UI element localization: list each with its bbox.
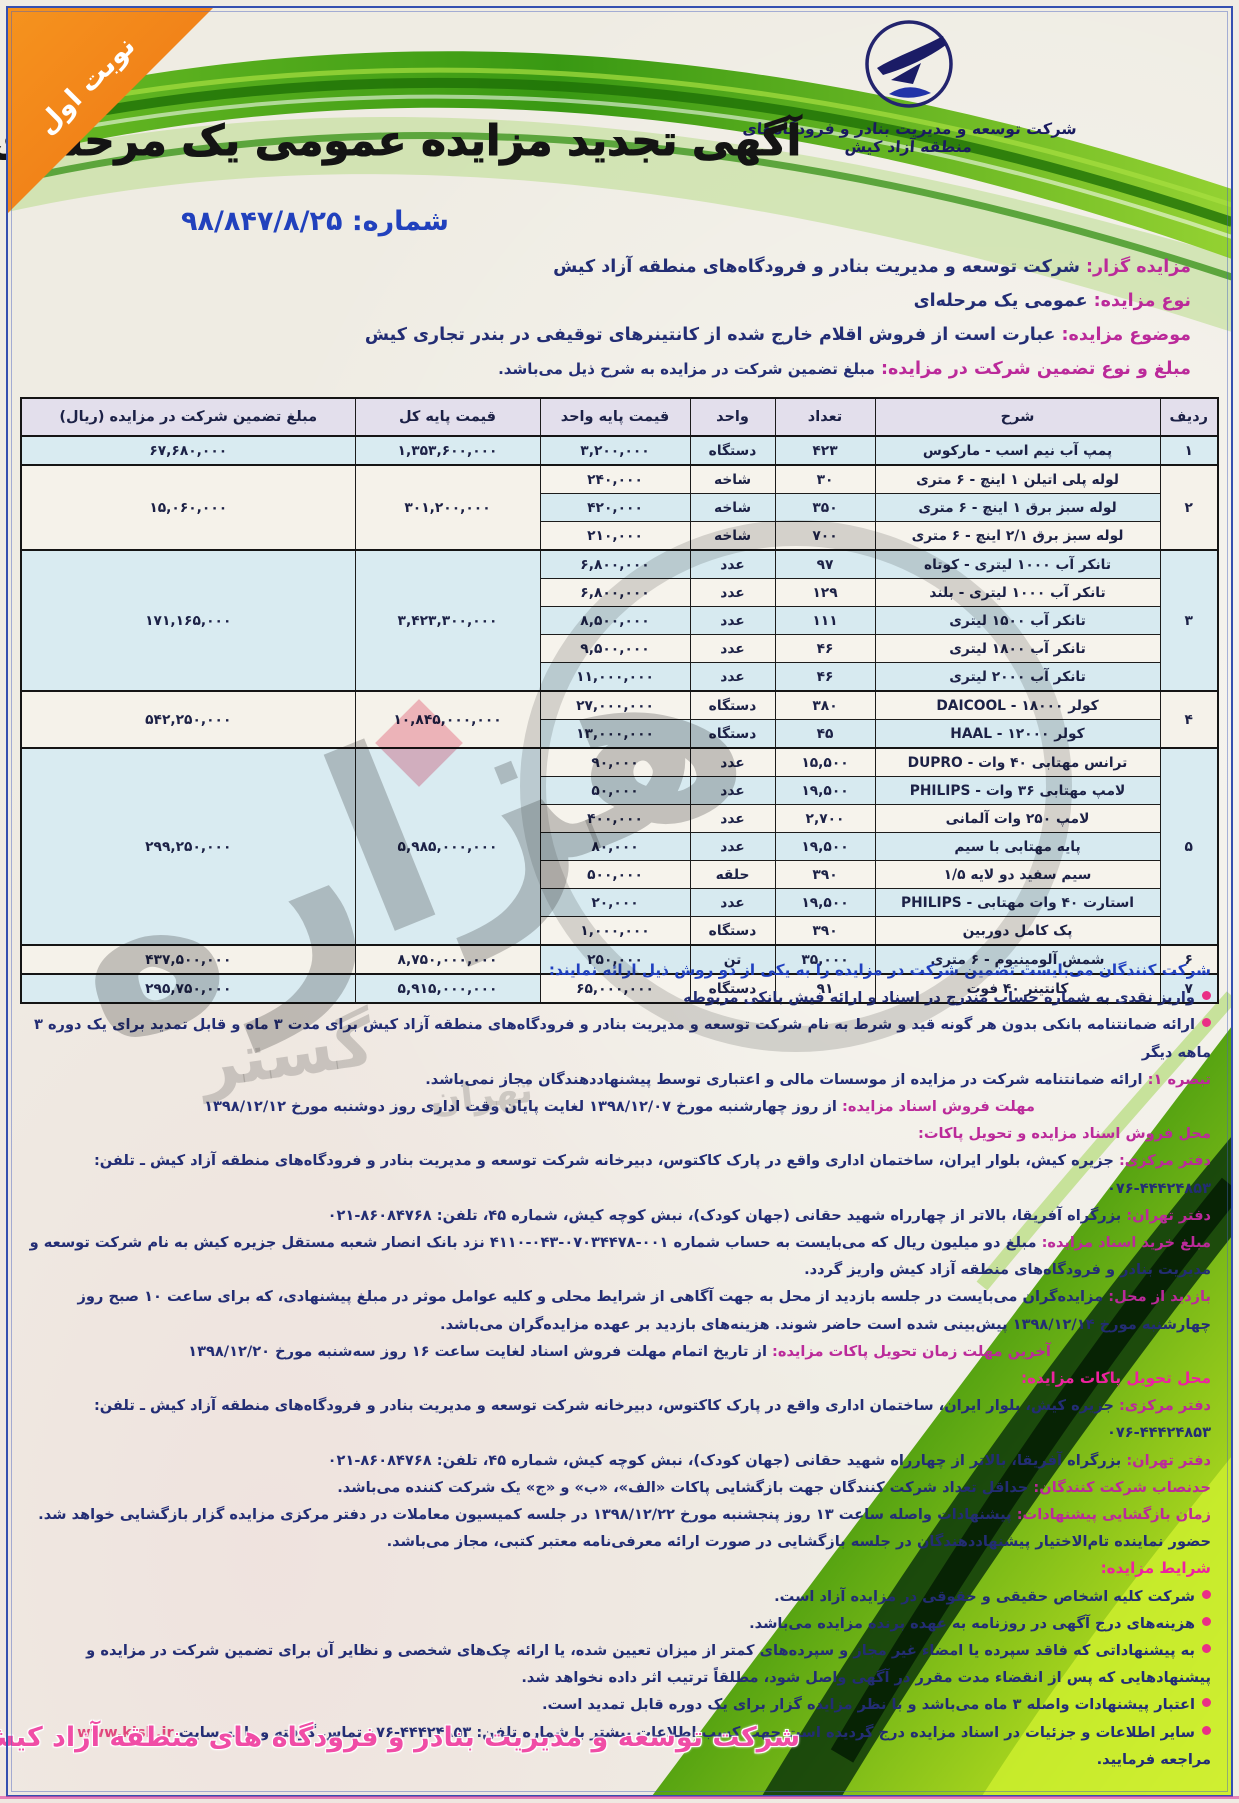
page-title: آگهی تجدید مزایده عمومی یک مرحله‌ای xyxy=(0,116,801,165)
bullet-dot xyxy=(1202,1698,1211,1707)
cell-quantity: ۳۰ xyxy=(775,465,875,494)
section-text: مبلغ دو میلیون ریال که می‌بایست به حساب … xyxy=(30,1234,1211,1278)
table-row: ۲لوله پلی اتیلن ۱ اینچ - ۶ متری۳۰شاخه۲۴۰… xyxy=(21,465,1218,494)
bottom-registration-line xyxy=(0,1796,1239,1799)
notice-number-label: شماره: xyxy=(352,206,449,237)
cell-quantity: ۴۵ xyxy=(775,720,875,749)
intro-label: موضوع مزایده: xyxy=(1062,325,1191,345)
section-text: از تاریخ اتمام مهلت فروش اسناد لغایت ساع… xyxy=(188,1343,767,1360)
intro-block: مزایده گزار: شرکت توسعه و مدیریت بنادر و… xyxy=(60,250,1191,386)
auction-notice-page: نوبت اول شرکت توسعه و مدیریت بنادر و فرو… xyxy=(0,0,1239,1803)
intro-text: عبارت است از فروش اقلام خارج شده از کانت… xyxy=(365,325,1056,345)
section-text: بزرگراه آفریقا، بالاتر از چهارراه شهید ح… xyxy=(328,1452,1122,1469)
bullet-line: شرکت کلیه اشخاص حقیقی و حقوقی در مزایده … xyxy=(28,1583,1211,1610)
section-text: واریز نقدی به شماره حساب مندرج در اسناد … xyxy=(683,989,1195,1006)
notice-number: شماره: ۹۸/۸۴۷/۸/۲۵ xyxy=(181,206,449,237)
column-header: قیمت پایه واحد xyxy=(540,398,690,436)
cell-row-number: ۲ xyxy=(1160,465,1218,550)
cell-quantity: ۱۲۹ xyxy=(775,579,875,607)
column-header: واحد xyxy=(690,398,775,436)
cell-row-number: ۳ xyxy=(1160,550,1218,691)
cell-unit-base-price: ۶,۸۰۰,۰۰۰ xyxy=(540,579,690,607)
cell-unit: عدد xyxy=(690,550,775,579)
cell-unit: عدد xyxy=(690,579,775,607)
section-label: دفتر مرکزی: xyxy=(1114,1397,1211,1414)
cell-unit-base-price: ۱,۰۰۰,۰۰۰ xyxy=(540,917,690,946)
section-label: زمان بازگشایی پیشنهادات: xyxy=(1012,1506,1211,1523)
cell-description: پک کامل دوربین xyxy=(875,917,1160,946)
intro-line-auction-type: نوع مزایده: عمومی یک مرحله‌ای xyxy=(60,284,1191,318)
cell-unit-base-price: ۶,۸۰۰,۰۰۰ xyxy=(540,550,690,579)
cell-unit: عدد xyxy=(690,663,775,692)
cell-deposit-amount: ۲۹۹,۲۵۰,۰۰۰ xyxy=(21,748,355,945)
cell-description: پایه مهتابی با سیم xyxy=(875,833,1160,861)
section-line: آخرین مهلت زمان تحویل پاکات مزایده: از ت… xyxy=(28,1338,1211,1365)
bullet-dot xyxy=(1202,1590,1211,1599)
terms-sections: شرکت کنندگان می‌بایست تضمین شرکت در مزای… xyxy=(28,957,1211,1773)
section-label: دفتر مرکزی: xyxy=(1114,1152,1211,1169)
cell-quantity: ۹۷ xyxy=(775,550,875,579)
section-line: دفتر مرکزی: جزیره کیش، بلوار ایران، ساخت… xyxy=(28,1147,1211,1201)
cell-unit: عدد xyxy=(690,748,775,777)
table-header: ردیفشرحتعدادواحدقیمت پایه واحدقیمت پایه … xyxy=(21,398,1218,436)
cell-unit-base-price: ۲۰,۰۰۰ xyxy=(540,889,690,917)
cell-unit-base-price: ۸۰,۰۰۰ xyxy=(540,833,690,861)
bullet-dot xyxy=(1202,1018,1211,1027)
column-header: ردیف xyxy=(1160,398,1218,436)
bullet-line: به پیشنهاداتی که فاقد سپرده یا امضاء غیر… xyxy=(28,1637,1211,1691)
intro-text: مبلغ تضمین شرکت در مزایده به شرح ذیل می‌… xyxy=(498,360,875,378)
cell-description: لامپ مهتابی ۳۶ وات - PHILIPS xyxy=(875,777,1160,805)
table-body: ۱پمپ آب نیم اسب - مارکوس۴۲۳دستگاه۳,۲۰۰,۰… xyxy=(21,436,1218,1003)
cell-unit: شاخه xyxy=(690,522,775,551)
section-label: آخرین مهلت زمان تحویل پاکات مزایده: xyxy=(767,1343,1051,1360)
cell-description: پمپ آب نیم اسب - مارکوس xyxy=(875,436,1160,465)
table-header-row: ردیفشرحتعدادواحدقیمت پایه واحدقیمت پایه … xyxy=(21,398,1218,436)
bullet-line: اعتبار پیشنهادات واصله ۳ ماه می‌باشد و ب… xyxy=(28,1691,1211,1718)
cell-unit-base-price: ۳,۲۰۰,۰۰۰ xyxy=(540,436,690,465)
section-text: شرکت کنندگان می‌بایست تضمین شرکت در مزای… xyxy=(549,961,1211,979)
bullet-line: واریز نقدی به شماره حساب مندرج در اسناد … xyxy=(28,984,1211,1011)
cell-quantity: ۳۹۰ xyxy=(775,917,875,946)
section-label: محل فروش اسناد مزایده و تحویل پاکات: xyxy=(918,1125,1211,1142)
cell-deposit-amount: ۱۵,۰۶۰,۰۰۰ xyxy=(21,465,355,550)
cell-description: تانکر آب ۱۸۰۰ لیتری xyxy=(875,635,1160,663)
section-line: شرایط مزایده: xyxy=(28,1555,1211,1582)
section-text: حداقل تعداد شرکت کنندگان جهت بازگشایی پا… xyxy=(337,1479,1028,1496)
section-label: دفتر تهران: xyxy=(1121,1452,1211,1469)
cell-row-number: ۱ xyxy=(1160,436,1218,465)
section-line: زمان بازگشایی پیشنهادات: پیشنهادات واصله… xyxy=(28,1501,1211,1555)
cell-unit: شاخه xyxy=(690,494,775,522)
intro-line-guarantee: مبلغ و نوع تضمین شرکت در مزایده: مبلغ تض… xyxy=(60,352,1191,386)
items-table-wrapper: ردیفشرحتعدادواحدقیمت پایه واحدقیمت پایه … xyxy=(20,397,1219,1004)
bullet-line: هزینه‌های درج آگهی در روزنامه به عهده بر… xyxy=(28,1610,1211,1637)
section-text: به پیشنهاداتی که فاقد سپرده یا امضاء غیر… xyxy=(86,1642,1211,1686)
cell-quantity: ۱۹,۵۰۰ xyxy=(775,889,875,917)
cell-unit: شاخه xyxy=(690,465,775,494)
section-text: شرکت کلیه اشخاص حقیقی و حقوقی در مزایده … xyxy=(774,1588,1195,1605)
bullet-dot xyxy=(1202,1644,1211,1653)
cell-unit: عدد xyxy=(690,635,775,663)
cell-unit: حلقه xyxy=(690,861,775,889)
cell-description: تانکر آب ۱۰۰۰ لیتری - کوتاه xyxy=(875,550,1160,579)
cell-quantity: ۴۶ xyxy=(775,635,875,663)
table-row: ۵ترانس مهتابی ۴۰ وات - DUPRO۱۵,۵۰۰عدد۹۰,… xyxy=(21,748,1218,777)
cell-total-base-price: ۳۰۱,۲۰۰,۰۰۰ xyxy=(355,465,540,550)
column-header: شرح xyxy=(875,398,1160,436)
section-label: مهلت فروش اسناد مزایده: xyxy=(837,1098,1035,1115)
cell-unit: دستگاه xyxy=(690,436,775,465)
section-text: جزیره کیش، بلوار ایران، ساختمان اداری وا… xyxy=(94,1152,1211,1196)
cell-unit-base-price: ۲۴۰,۰۰۰ xyxy=(540,465,690,494)
notice-number-value: ۹۸/۸۴۷/۸/۲۵ xyxy=(181,206,342,237)
section-text: هزینه‌های درج آگهی در روزنامه به عهده بر… xyxy=(749,1615,1195,1632)
section-text: مراجعه فرمایید. xyxy=(1097,1751,1211,1768)
section-text: اعتبار پیشنهادات واصله ۳ ماه می‌باشد و ب… xyxy=(542,1696,1195,1713)
section-line: مهلت فروش اسناد مزایده: از روز چهارشنبه … xyxy=(28,1093,1211,1120)
cell-total-base-price: ۱۰,۸۴۵,۰۰۰,۰۰۰ xyxy=(355,691,540,748)
cell-quantity: ۳۹۰ xyxy=(775,861,875,889)
cell-row-number: ۴ xyxy=(1160,691,1218,748)
cell-description: لوله پلی اتیلن ۱ اینچ - ۶ متری xyxy=(875,465,1160,494)
cell-unit: عدد xyxy=(690,607,775,635)
cell-unit-base-price: ۱۱,۰۰۰,۰۰۰ xyxy=(540,663,690,692)
intro-label: مبلغ و نوع تضمین شرکت در مزایده: xyxy=(881,359,1191,379)
section-text: شرایط مزایده: xyxy=(1101,1559,1211,1577)
section-line: دفتر تهران: بزرگراه آفریقا، بالاتر از چه… xyxy=(28,1202,1211,1229)
kish-ports-logo-icon xyxy=(861,18,957,114)
intro-label: مزایده گزار: xyxy=(1086,257,1191,277)
cell-unit: عدد xyxy=(690,889,775,917)
cell-deposit-amount: ۶۷,۶۸۰,۰۰۰ xyxy=(21,436,355,465)
section-label: مبلغ خرید اسناد مزایده: xyxy=(1036,1234,1211,1251)
cell-unit-base-price: ۲۱۰,۰۰۰ xyxy=(540,522,690,551)
section-label: بازدید از محل: xyxy=(1103,1288,1211,1305)
cell-deposit-amount: ۵۴۲,۲۵۰,۰۰۰ xyxy=(21,691,355,748)
cell-unit-base-price: ۴۲۰,۰۰۰ xyxy=(540,494,690,522)
cell-unit-base-price: ۹,۵۰۰,۰۰۰ xyxy=(540,635,690,663)
table-row: ۳تانکر آب ۱۰۰۰ لیتری - کوتاه۹۷عدد۶,۸۰۰,۰… xyxy=(21,550,1218,579)
cell-description: کولر ۱۸۰۰۰ - DAICOOL xyxy=(875,691,1160,720)
table-row: ۴کولر ۱۸۰۰۰ - DAICOOL۳۸۰دستگاه۲۷,۰۰۰,۰۰۰… xyxy=(21,691,1218,720)
section-line: حدنصاب شرکت کنندگان: حداقل تعداد شرکت کن… xyxy=(28,1474,1211,1501)
cell-description: تانکر آب ۱۵۰۰ لیتری xyxy=(875,607,1160,635)
cell-description: سیم سفید دو لایه ۱/۵ xyxy=(875,861,1160,889)
table-row: ۱پمپ آب نیم اسب - مارکوس۴۲۳دستگاه۳,۲۰۰,۰… xyxy=(21,436,1218,465)
section-text: ارائه ضمانتنامه شرکت در مزایده از موسسات… xyxy=(425,1071,1142,1088)
section-text: مزایده‌گران می‌بایست در جلسه بازدید از م… xyxy=(78,1288,1212,1332)
cell-quantity: ۴۶ xyxy=(775,663,875,692)
column-header: مبلغ تضمین شرکت در مزایده (ریال) xyxy=(21,398,355,436)
section-label: دفتر تهران: xyxy=(1121,1207,1211,1224)
cell-unit-base-price: ۹۰,۰۰۰ xyxy=(540,748,690,777)
cell-unit-base-price: ۵۰۰,۰۰۰ xyxy=(540,861,690,889)
cell-description: استارت ۴۰ وات مهتابی - PHILIPS xyxy=(875,889,1160,917)
cell-unit-base-price: ۸,۵۰۰,۰۰۰ xyxy=(540,607,690,635)
section-text: جزیره کیش، بلوار ایران، ساختمان اداری وا… xyxy=(94,1397,1211,1441)
cell-total-base-price: ۳,۴۲۳,۳۰۰,۰۰۰ xyxy=(355,550,540,691)
column-header: تعداد xyxy=(775,398,875,436)
intro-line-auctioneer: مزایده گزار: شرکت توسعه و مدیریت بنادر و… xyxy=(60,250,1191,284)
cell-description: لوله سبز برق ۱ اینچ - ۶ متری xyxy=(875,494,1160,522)
intro-line-subject: موضوع مزایده: عبارت است از فروش اقلام خا… xyxy=(60,318,1191,352)
section-text: از روز چهارشنبه مورخ ۱۳۹۸/۱۲/۰۷ لغایت پا… xyxy=(204,1098,837,1115)
cell-quantity: ۱۵,۵۰۰ xyxy=(775,748,875,777)
cell-total-base-price: ۵,۹۸۵,۰۰۰,۰۰۰ xyxy=(355,748,540,945)
bullet-line: ارائه ضمانتنامه بانکی بدون هر گونه قید و… xyxy=(28,1011,1211,1065)
cell-unit: عدد xyxy=(690,777,775,805)
bullet-dot xyxy=(1202,991,1211,1000)
section-text: بزرگراه آفریقا، بالاتر از چهارراه شهید ح… xyxy=(328,1207,1122,1224)
section-line: دفتر تهران: بزرگراه آفریقا، بالاتر از چه… xyxy=(28,1447,1211,1474)
cell-deposit-amount: ۱۷۱,۱۶۵,۰۰۰ xyxy=(21,550,355,691)
cell-description: تانکر آب ۱۰۰۰ لیتری - بلند xyxy=(875,579,1160,607)
cell-unit: دستگاه xyxy=(690,720,775,749)
bullet-dot xyxy=(1202,1726,1211,1735)
intro-text: عمومی یک مرحله‌ای xyxy=(914,291,1088,311)
cell-unit-base-price: ۵۰,۰۰۰ xyxy=(540,777,690,805)
section-line: مبلغ خرید اسناد مزایده: مبلغ دو میلیون ر… xyxy=(28,1229,1211,1283)
section-text: ارائه ضمانتنامه بانکی بدون هر گونه قید و… xyxy=(34,1016,1211,1060)
cell-unit-base-price: ۲۷,۰۰۰,۰۰۰ xyxy=(540,691,690,720)
section-line: دفتر مرکزی: جزیره کیش، بلوار ایران، ساخت… xyxy=(28,1392,1211,1446)
cell-quantity: ۳۸۰ xyxy=(775,691,875,720)
cell-quantity: ۴۲۳ xyxy=(775,436,875,465)
auction-table: ردیفشرحتعدادواحدقیمت پایه واحدقیمت پایه … xyxy=(20,397,1219,1004)
column-header: قیمت پایه کل xyxy=(355,398,540,436)
cell-unit: عدد xyxy=(690,805,775,833)
intro-label: نوع مزایده: xyxy=(1094,291,1191,311)
cell-unit: دستگاه xyxy=(690,917,775,946)
cell-total-base-price: ۱,۳۵۳,۶۰۰,۰۰۰ xyxy=(355,436,540,465)
section-line: محل فروش اسناد مزایده و تحویل پاکات: xyxy=(28,1120,1211,1147)
cell-unit: عدد xyxy=(690,833,775,861)
cell-quantity: ۳۵۰ xyxy=(775,494,875,522)
cell-quantity: ۱۱۱ xyxy=(775,607,875,635)
cell-quantity: ۲,۷۰۰ xyxy=(775,805,875,833)
cell-description: ترانس مهتابی ۴۰ وات - DUPRO xyxy=(875,748,1160,777)
cell-unit: دستگاه xyxy=(690,691,775,720)
cell-description: لوله سبز برق ۲/۱ اینچ - ۶ متری xyxy=(875,522,1160,551)
intro-text: شرکت توسعه و مدیریت بنادر و فرودگاه‌های … xyxy=(553,257,1080,277)
section-line: شرکت کنندگان می‌بایست تضمین شرکت در مزای… xyxy=(28,957,1211,984)
section-line: محل تحویل پاکات مزایده: xyxy=(28,1365,1211,1392)
cell-unit-base-price: ۱۳,۰۰۰,۰۰۰ xyxy=(540,720,690,749)
cell-row-number: ۵ xyxy=(1160,748,1218,945)
section-text: محل تحویل پاکات مزایده: xyxy=(1021,1369,1211,1387)
footer-organization-name: شرکت توسعه و مدیریت بنادر و فرودگاه های … xyxy=(40,1722,800,1753)
cell-quantity: ۷۰۰ xyxy=(775,522,875,551)
cell-quantity: ۱۹,۵۰۰ xyxy=(775,777,875,805)
section-label: تبصره ۱: xyxy=(1143,1071,1211,1088)
section-label: حدنصاب شرکت کنندگان: xyxy=(1028,1479,1211,1496)
bullet-dot xyxy=(1202,1617,1211,1626)
cell-description: کولر ۱۲۰۰۰ - HAAL xyxy=(875,720,1160,749)
cell-description: تانکر آب ۲۰۰۰ لیتری xyxy=(875,663,1160,692)
cell-unit-base-price: ۴۰۰,۰۰۰ xyxy=(540,805,690,833)
cell-description: لامپ ۲۵۰ وات آلمانی xyxy=(875,805,1160,833)
section-line: بازدید از محل: مزایده‌گران می‌بایست در ج… xyxy=(28,1283,1211,1337)
cell-quantity: ۱۹,۵۰۰ xyxy=(775,833,875,861)
section-line: تبصره ۱: ارائه ضمانتنامه شرکت در مزایده … xyxy=(28,1066,1211,1093)
